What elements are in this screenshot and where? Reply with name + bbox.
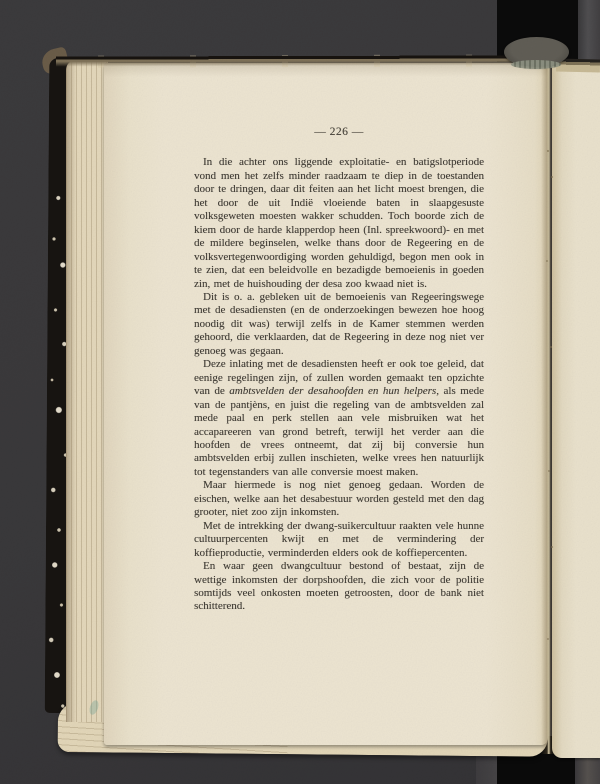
paragraph-text: Maar hiermede is nog niet genoeg gedaan.… xyxy=(194,479,484,518)
paragraph: Deze inlating met de desadiensten heeft … xyxy=(194,358,484,479)
paragraph-text: , als mede van de pantjèns, en juist die… xyxy=(194,385,484,478)
italic-phrase: ambtsvelden der desahoofden en hun helpe… xyxy=(229,385,436,397)
cover-edge-top-right xyxy=(578,0,600,60)
book-top-edge xyxy=(56,54,552,67)
sewing-holes xyxy=(547,150,549,152)
paragraph: Dit is o. a. gebleken uit de bemoeienis … xyxy=(194,291,484,358)
paragraph: En waar geen dwangcultuur bestond of bes… xyxy=(194,560,484,614)
paragraph-text: Dit is o. a. gebleken uit de bemoeienis … xyxy=(194,291,484,357)
paragraph-text: In die achter ons liggende exploitatie- … xyxy=(194,156,484,289)
facing-page-sliver xyxy=(552,66,600,758)
book-scan-scene: — 226 — In die achter ons liggende explo… xyxy=(0,0,600,784)
headband xyxy=(504,37,569,67)
page-number: — 226 — xyxy=(194,126,484,139)
paragraph: In die achter ons liggende exploitatie- … xyxy=(194,156,484,291)
paragraph: Maar hiermede is nog niet genoeg gedaan.… xyxy=(194,479,484,519)
printed-text-block: — 226 — In die achter ons liggende explo… xyxy=(194,126,484,614)
page-edges-left xyxy=(66,60,108,722)
paragraph: Met de intrekking der dwang-suikercultuu… xyxy=(194,520,484,560)
paragraph-text: En waar geen dwangcultuur bestond of bes… xyxy=(194,560,484,612)
paragraph-text: Met de intrekking der dwang-suikercultuu… xyxy=(194,520,484,559)
